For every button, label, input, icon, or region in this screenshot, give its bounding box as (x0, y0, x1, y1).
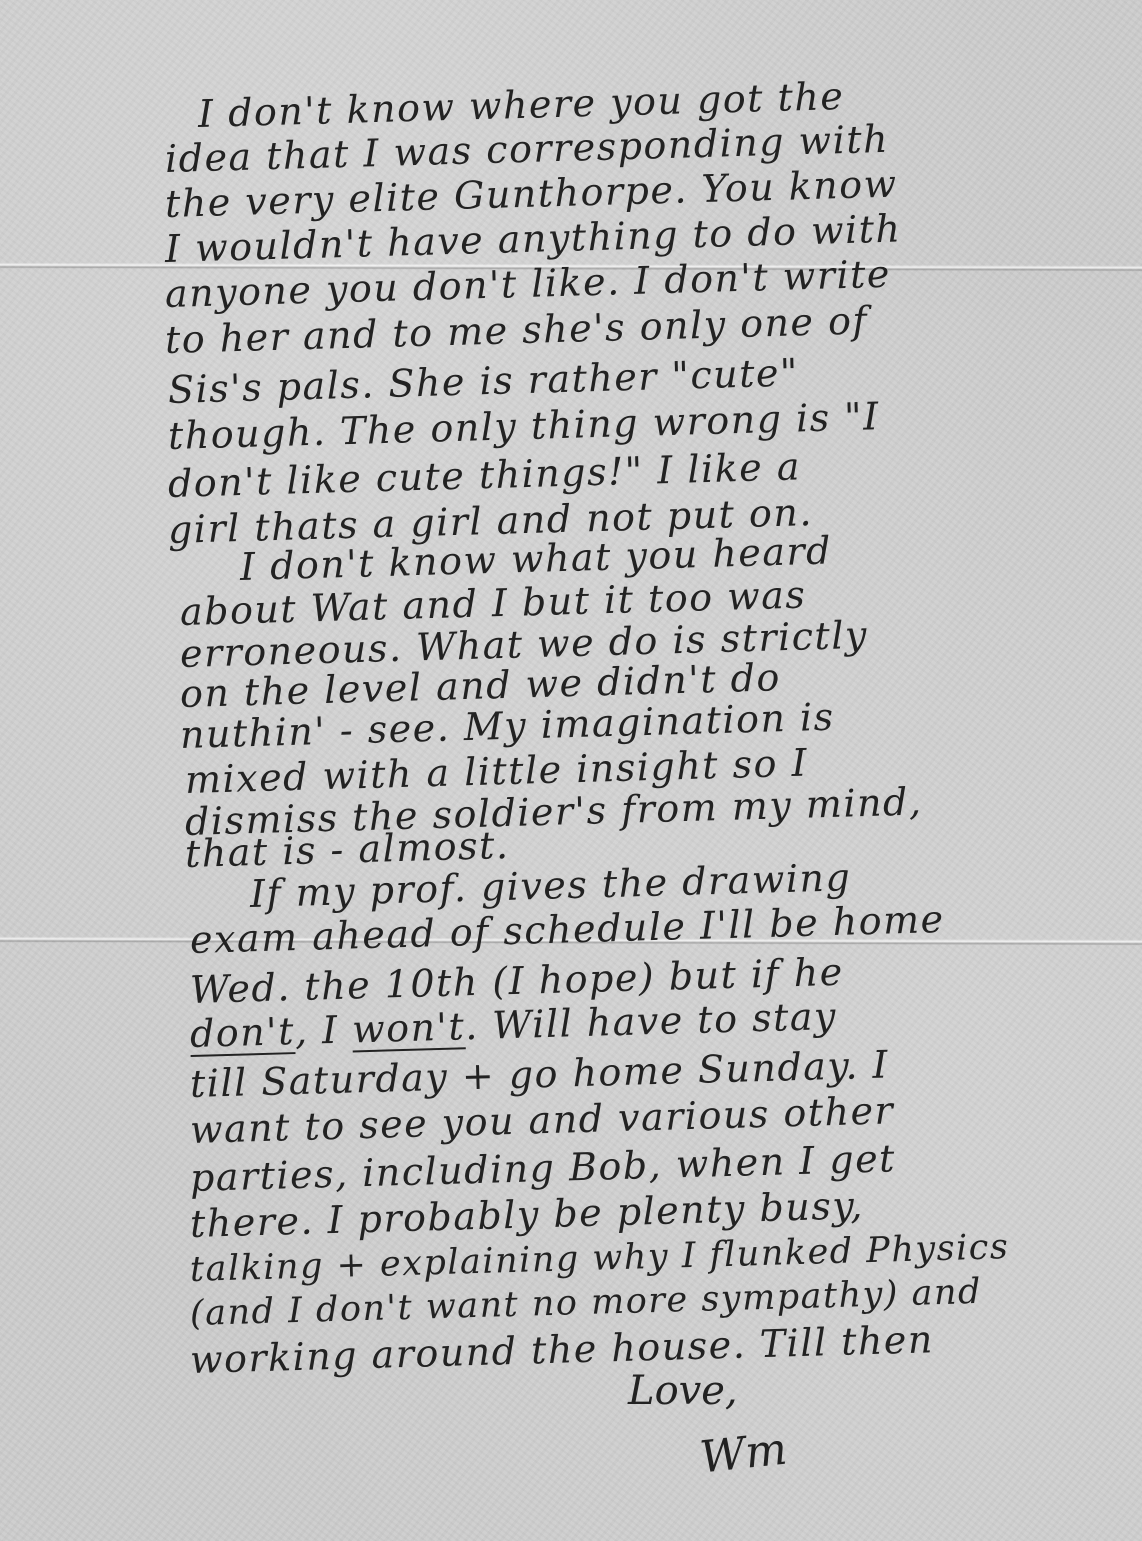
letter-page: I don't know where you got the idea that… (0, 0, 1142, 1541)
underlined-word: won't (351, 1004, 465, 1051)
letter-closing: Love, (628, 1368, 738, 1414)
signature: Wm (698, 1424, 790, 1484)
underlined-word: don't (189, 1009, 295, 1056)
